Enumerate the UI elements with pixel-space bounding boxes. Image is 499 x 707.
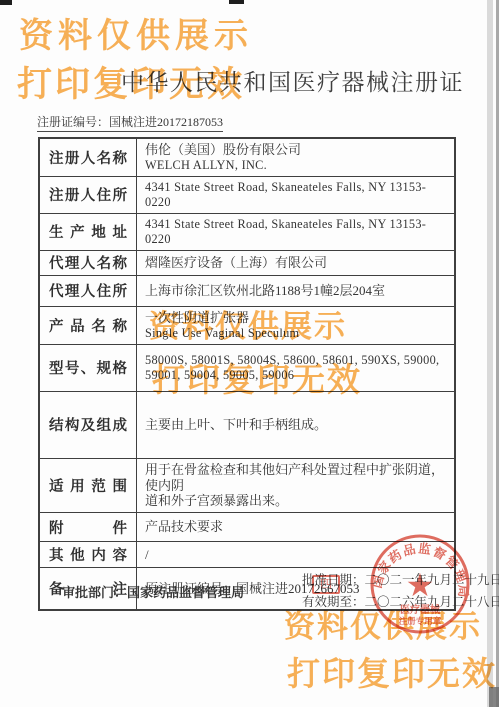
approval-department: 审批部门：国家药品监督管理局 bbox=[62, 582, 244, 601]
registration-number: 注册证编号：国械注进20172187053 bbox=[37, 113, 223, 132]
row-value: 熠隆医疗设备（上海）有限公司 bbox=[137, 251, 454, 275]
watermark-bottom-line1: 资料仅供展示 bbox=[284, 601, 482, 646]
row-value: 主要由上叶、下叶和手柄组成。 bbox=[137, 392, 454, 458]
table-row: 适用范围 用于在骨盆检查和其他妇产科处置过程中扩张阴道，使内阴 道和外子宫颈暴露… bbox=[40, 458, 454, 513]
value-line: 上海市徐汇区钦州北路1188号1幢2层204室 bbox=[145, 283, 446, 299]
table-row: 生产地址 4341 State Street Road, Skaneateles… bbox=[40, 213, 454, 250]
row-label: 注册人住所 bbox=[40, 177, 137, 213]
row-label: 其他内容 bbox=[40, 542, 137, 567]
watermark-middle-line1: 资料仅供展示 bbox=[149, 301, 347, 346]
row-label: 适用范围 bbox=[40, 459, 137, 513]
value-line: 4341 State Street Road, Skaneateles Fall… bbox=[145, 180, 446, 195]
value-line: 伟伦（美国）股份有限公司 bbox=[145, 142, 446, 158]
value-line: 熠隆医疗设备（上海）有限公司 bbox=[145, 255, 446, 271]
row-value: 4341 State Street Road, Skaneateles Fall… bbox=[137, 214, 454, 250]
row-label: 型号、规格 bbox=[40, 345, 137, 391]
scan-mark-top-center bbox=[229, 0, 244, 4]
row-label: 代理人住所 bbox=[40, 276, 137, 306]
small-red-stamp: 四 bbox=[312, 575, 340, 594]
watermark-top-line2: 打印复印无效 bbox=[17, 57, 245, 107]
row-value: 伟伦（美国）股份有限公司 WELCH ALLYN, INC. bbox=[137, 139, 454, 176]
value-line: 主要由上叶、下叶和手柄组成。 bbox=[145, 417, 446, 433]
row-value: 用于在骨盆检查和其他妇产科处置过程中扩张阴道，使内阴 道和外子宫颈暴露出来。 bbox=[137, 459, 454, 513]
value-line: 4341 State Street Road, Skaneateles Fall… bbox=[145, 217, 446, 232]
row-label: 代理人名称 bbox=[40, 251, 137, 275]
seal-star-icon: ★ bbox=[406, 567, 435, 603]
value-line: 道和外子宫颈暴露出来。 bbox=[145, 493, 446, 509]
watermark-top-line1: 资料仅供展示 bbox=[19, 8, 253, 57]
table-row: 代理人名称 熠隆医疗设备（上海）有限公司 bbox=[40, 250, 454, 275]
watermark-bottom-line2: 打印复印无效 bbox=[287, 648, 497, 695]
row-label: 产品名称 bbox=[40, 307, 137, 344]
value-line: 用于在骨盆检查和其他妇产科处置过程中扩张阴道，使内阴 bbox=[145, 462, 446, 494]
value-line: WELCH ALLYN, INC. bbox=[145, 158, 446, 173]
value-line: 0220 bbox=[145, 232, 446, 247]
scan-mark-top-left bbox=[0, 0, 12, 5]
row-label: 注册人名称 bbox=[40, 139, 137, 176]
certificate-page: 中华人民共和国医疗器械注册证 注册证编号：国械注进20172187053 注册人… bbox=[0, 0, 499, 707]
row-label: 结构及组成 bbox=[40, 392, 137, 458]
table-row: 注册人住所 4341 State Street Road, Skaneatele… bbox=[40, 176, 454, 213]
row-label: 生产地址 bbox=[40, 214, 137, 250]
watermark-middle-line2: 打印复印无效 bbox=[152, 354, 362, 401]
row-value: 4341 State Street Road, Skaneateles Fall… bbox=[137, 177, 454, 213]
table-row: 注册人名称 伟伦（美国）股份有限公司 WELCH ALLYN, INC. bbox=[40, 139, 454, 176]
row-label: 附件 bbox=[40, 513, 137, 541]
value-line: 0220 bbox=[145, 195, 446, 210]
